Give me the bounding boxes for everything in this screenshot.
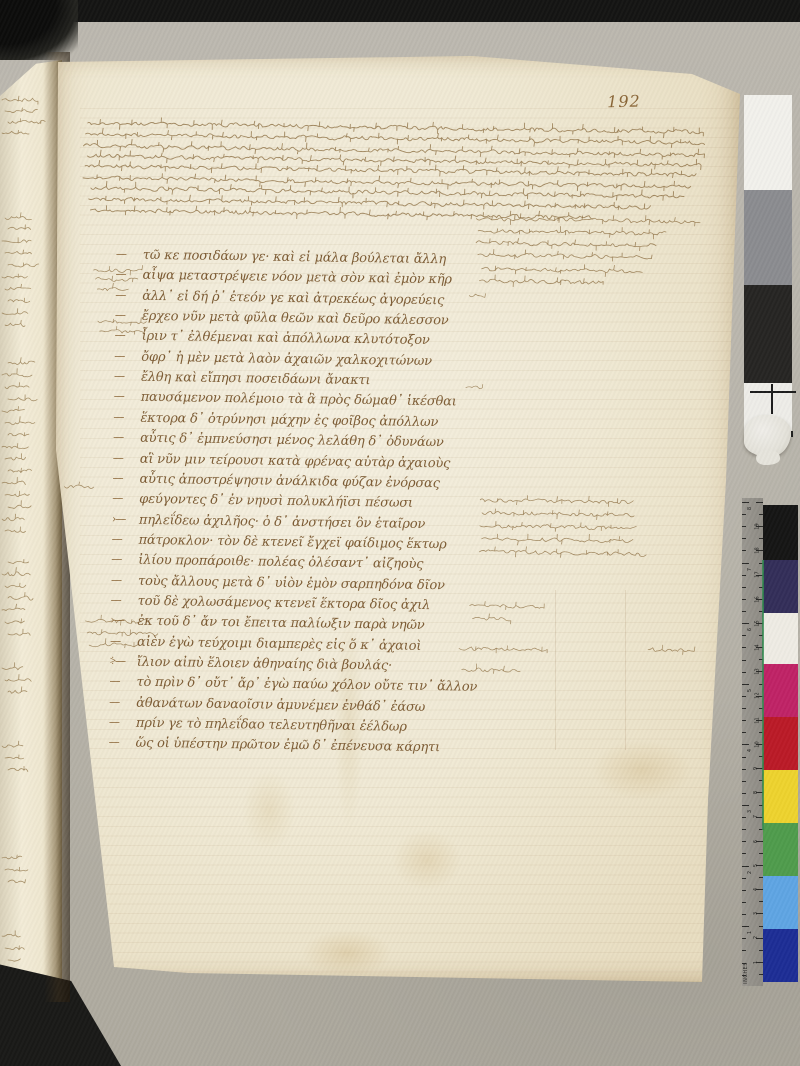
edge-text-fragment — [8, 260, 39, 272]
edge-text-fragment — [8, 593, 34, 605]
color-patch-light-blue — [763, 876, 798, 929]
ruler-number: 2 — [754, 936, 759, 939]
ruler-tick — [742, 575, 746, 576]
edge-text-fragment — [8, 224, 34, 236]
edge-text-fragment — [5, 284, 34, 296]
edge-text-fragment — [8, 394, 36, 406]
ruler-number: 3 — [754, 912, 759, 915]
critical-mark: — — [109, 715, 136, 728]
critical-mark: — — [115, 288, 142, 301]
dark-book-cushion — [0, 0, 78, 60]
verse-line: —πρίν γε τὸ πηλεΐδαο τελευτηθῆναι ἐέλδωρ — [109, 711, 407, 734]
ruler-tick — [742, 975, 746, 976]
critical-mark: — — [115, 268, 142, 281]
verse-text: ὥς οἱ ὑπέστην πρῶτον ἐμῶ δ᾽ ἐπένευσα κάρ… — [135, 736, 440, 756]
edge-text-fragment — [8, 629, 32, 641]
ruler-number: 10 — [756, 741, 761, 747]
critical-mark: — — [115, 308, 142, 321]
ruler-tick — [742, 550, 746, 551]
ruler-number: 8 — [748, 507, 753, 510]
edge-text-fragment — [2, 272, 28, 284]
ruler-tick — [742, 902, 746, 903]
ruler-tick — [742, 647, 746, 648]
color-patch-yellow — [763, 770, 798, 823]
critical-mark: ›— — [110, 614, 137, 627]
right-scholion-block-line — [482, 507, 634, 521]
scale-ruler: INCHES 876543211918171615141312111098765… — [742, 498, 763, 986]
ruler-tick — [742, 720, 746, 721]
critical-mark: ⸖— — [110, 653, 137, 668]
edge-text-fragment — [8, 466, 34, 478]
registration-crosshair-h — [750, 391, 796, 393]
critical-mark: — — [111, 573, 138, 586]
left-gloss-line — [64, 481, 94, 493]
edge-text-fragment — [5, 526, 25, 538]
ruler-tick — [742, 963, 746, 964]
edge-text-fragment — [2, 478, 26, 490]
edge-text-fragment — [5, 753, 25, 765]
marginal-note-line — [459, 643, 547, 656]
right-scholia-column-line — [478, 249, 652, 264]
critical-mark: — — [114, 369, 141, 382]
verse-line: —φεύγοντες δ᾽ ἐν νηυσὶ πολυκλήϊσι πέσωσι — [112, 488, 413, 511]
manuscript-photo: 192 —τῶ κε ποσιδάων γε· καὶ εἰ μάλα βούλ… — [0, 0, 800, 1066]
marginal-note-line — [470, 600, 546, 613]
ruler-number: 4 — [754, 888, 759, 891]
ruler-tick — [742, 926, 749, 927]
ruler-tick — [742, 611, 746, 612]
ruler-number: 7 — [754, 815, 759, 818]
marginal-note-line — [469, 290, 487, 302]
edge-text-fragment — [5, 675, 31, 687]
ruler-tick — [742, 938, 746, 939]
ink-layer: 192 —τῶ κε ποσιδάων γε· καὶ εἰ μάλα βούλ… — [39, 49, 745, 999]
ruler-tick — [742, 526, 746, 527]
right-scholion-block-line — [480, 494, 636, 508]
ruler-tick — [742, 538, 746, 539]
edge-text-fragment — [5, 943, 27, 955]
verse-block: —τῶ κε ποσιδάων γε· καὶ εἰ μάλα βούλεται… — [53, 49, 745, 59]
right-scholion-block-line — [480, 520, 636, 534]
edge-text-fragment — [8, 765, 30, 777]
ruler-tick — [742, 793, 746, 794]
folio-number: 192 — [607, 91, 641, 111]
edge-text-fragment — [2, 442, 30, 454]
color-patch-dark-blue — [763, 929, 798, 982]
ruler-tick — [742, 684, 749, 685]
ruler-number: 16 — [756, 596, 761, 602]
ruler-number: 8 — [754, 791, 759, 794]
critical-mark: — — [109, 695, 136, 708]
verse-line: —ὥς οἱ ὑπέστην πρῶτον ἐμῶ δ᾽ ἐπένευσα κά… — [108, 732, 440, 756]
edge-text-fragment — [2, 569, 30, 581]
edge-text-fragment — [5, 320, 27, 332]
ruler-number: 15 — [756, 620, 761, 626]
ruler-tick — [742, 587, 746, 588]
edge-text-fragment — [2, 308, 30, 320]
edge-text-fragment — [2, 741, 26, 753]
ruler-tick — [742, 878, 746, 879]
ruler-tick — [742, 890, 746, 891]
gray-patch-black — [744, 285, 792, 383]
ruler-number: 18 — [756, 548, 761, 554]
scholia-layer — [53, 49, 745, 59]
green-edge-line — [762, 560, 764, 830]
edge-text-fragment — [2, 663, 24, 675]
black-backdrop-band — [0, 0, 800, 22]
ruler-tick — [742, 744, 749, 745]
color-patch-magenta — [763, 664, 798, 717]
critical-mark: — — [112, 471, 139, 484]
edge-text-fragment — [8, 955, 24, 967]
ruler-tick — [742, 599, 746, 600]
edge-text-fragment — [2, 514, 28, 526]
edge-text-fragment — [2, 370, 32, 382]
critical-mark: — — [111, 553, 138, 566]
ruler-number: 4 — [748, 749, 753, 752]
edge-text-fragment — [8, 296, 32, 308]
ruler-number: 1 — [748, 931, 753, 934]
ruler-tick — [742, 732, 746, 733]
inches-label: INCHES — [743, 962, 749, 984]
ruler-tick — [742, 696, 746, 697]
marginal-note-line — [466, 382, 482, 394]
ruler-tick — [742, 914, 746, 915]
right-scholion-block-line — [482, 533, 634, 547]
ruler-tick — [742, 950, 746, 951]
edge-text-fragment — [5, 865, 29, 877]
manuscript-page: 192 —τῶ κε ποσιδάων γε· καὶ εἰ μάλα βούλ… — [52, 50, 744, 990]
edge-text-fragment — [5, 581, 27, 593]
critical-mark: ›— — [112, 512, 139, 525]
critical-mark: — — [114, 390, 141, 403]
ruler-tick — [742, 853, 746, 854]
edge-text-fragment — [5, 382, 29, 394]
ruler-tick — [742, 757, 746, 758]
critical-mark: — — [110, 634, 137, 647]
ruler-tick — [742, 817, 746, 818]
color-patch-white — [763, 613, 798, 664]
edge-text-fragment — [5, 418, 35, 430]
ruler-tick — [756, 502, 763, 503]
critical-mark: — — [113, 451, 140, 464]
ruler-tick — [742, 623, 749, 624]
color-scale: INCHES 876543211918171615141312111098765… — [742, 498, 798, 988]
edge-text-fragment — [8, 358, 34, 370]
verse-line: ⸖—ἴλιον αἰπὺ ἕλοιεν ἀθηναίης διὰ βουλάς· — [110, 650, 392, 673]
ruler-number: 13 — [756, 669, 761, 675]
color-patch-green — [763, 823, 798, 876]
grayscale-target — [744, 95, 792, 460]
edge-text-fragment — [2, 605, 26, 617]
ruler-tick — [742, 841, 746, 842]
edge-text-fragment — [2, 128, 32, 140]
edge-text-fragment — [2, 406, 28, 418]
edge-text-fragment — [5, 490, 33, 502]
critical-mark: — — [115, 329, 142, 342]
edge-text-fragment — [8, 430, 32, 442]
ruler-tick — [742, 635, 746, 636]
ruler-number: 2 — [748, 871, 753, 874]
edge-text-fragment — [2, 853, 22, 865]
ruler-number: 7 — [748, 568, 753, 571]
verse-line: —ἔλθη καὶ εἴπησι ποσειδάωνι ἄνακτι — [114, 365, 371, 388]
ruler-number: 17 — [756, 572, 761, 578]
critical-mark: — — [109, 675, 136, 688]
color-patch-dark-violet — [763, 560, 798, 613]
ruler-number: 6 — [748, 628, 753, 631]
ruler-tick — [742, 805, 749, 806]
ruler-tick — [742, 708, 746, 709]
critical-mark: — — [113, 431, 140, 444]
ruler-number: 9 — [754, 767, 759, 770]
ruler-tick — [742, 514, 746, 515]
edge-text-fragment — [5, 454, 27, 466]
gray-patch-white — [744, 95, 792, 190]
critical-mark: — — [112, 492, 139, 505]
ruler-tick — [742, 563, 749, 564]
edge-text-fragment — [5, 617, 25, 629]
critical-mark: — — [109, 736, 136, 749]
edge-text-fragment — [2, 931, 22, 943]
ruler-number: 1 — [754, 961, 759, 964]
edge-text-fragment — [5, 248, 33, 260]
critical-mark: — — [116, 247, 143, 260]
adhesive-putty — [756, 450, 780, 465]
registration-tick — [791, 431, 793, 437]
color-patch-red — [763, 717, 798, 770]
ruler-number: 6 — [754, 840, 759, 843]
edge-text-fragment — [8, 877, 26, 889]
edge-text-fragment — [2, 236, 34, 248]
ruler-tick — [742, 829, 746, 830]
ruler-tick — [742, 660, 746, 661]
ruler-number: 19 — [756, 523, 761, 529]
ruler-tick — [742, 672, 746, 673]
critical-mark: — — [113, 410, 140, 423]
marginal-note-line — [472, 613, 514, 626]
registration-crosshair-v — [771, 384, 773, 414]
ruler-number: 5 — [748, 689, 753, 692]
critical-mark: — — [112, 532, 139, 545]
ruler-number: 11 — [756, 717, 761, 723]
ruler-tick — [742, 769, 746, 770]
ruler-tick — [742, 866, 749, 867]
ruler-number: 5 — [754, 864, 759, 867]
edge-text-fragment — [8, 687, 28, 699]
ruler-tick — [742, 781, 746, 782]
edge-text-fragment — [8, 557, 32, 569]
edge-text-fragment — [8, 502, 30, 514]
color-patch-black — [763, 505, 798, 560]
gray-patch-gray — [744, 190, 792, 285]
critical-mark: — — [114, 349, 141, 362]
ruler-number: 3 — [748, 810, 753, 813]
verse-text: ἔλθη καὶ εἴπησι ποσειδάωνι ἄνακτι — [141, 370, 371, 388]
right-scholion-block-line — [479, 546, 647, 560]
marginal-note-line — [648, 644, 696, 657]
ruler-number: 12 — [756, 693, 761, 699]
ruler-tick — [742, 502, 749, 503]
critical-mark: — — [111, 593, 138, 606]
right-scholia-column-line — [479, 275, 603, 289]
ruler-number: 14 — [756, 644, 761, 650]
